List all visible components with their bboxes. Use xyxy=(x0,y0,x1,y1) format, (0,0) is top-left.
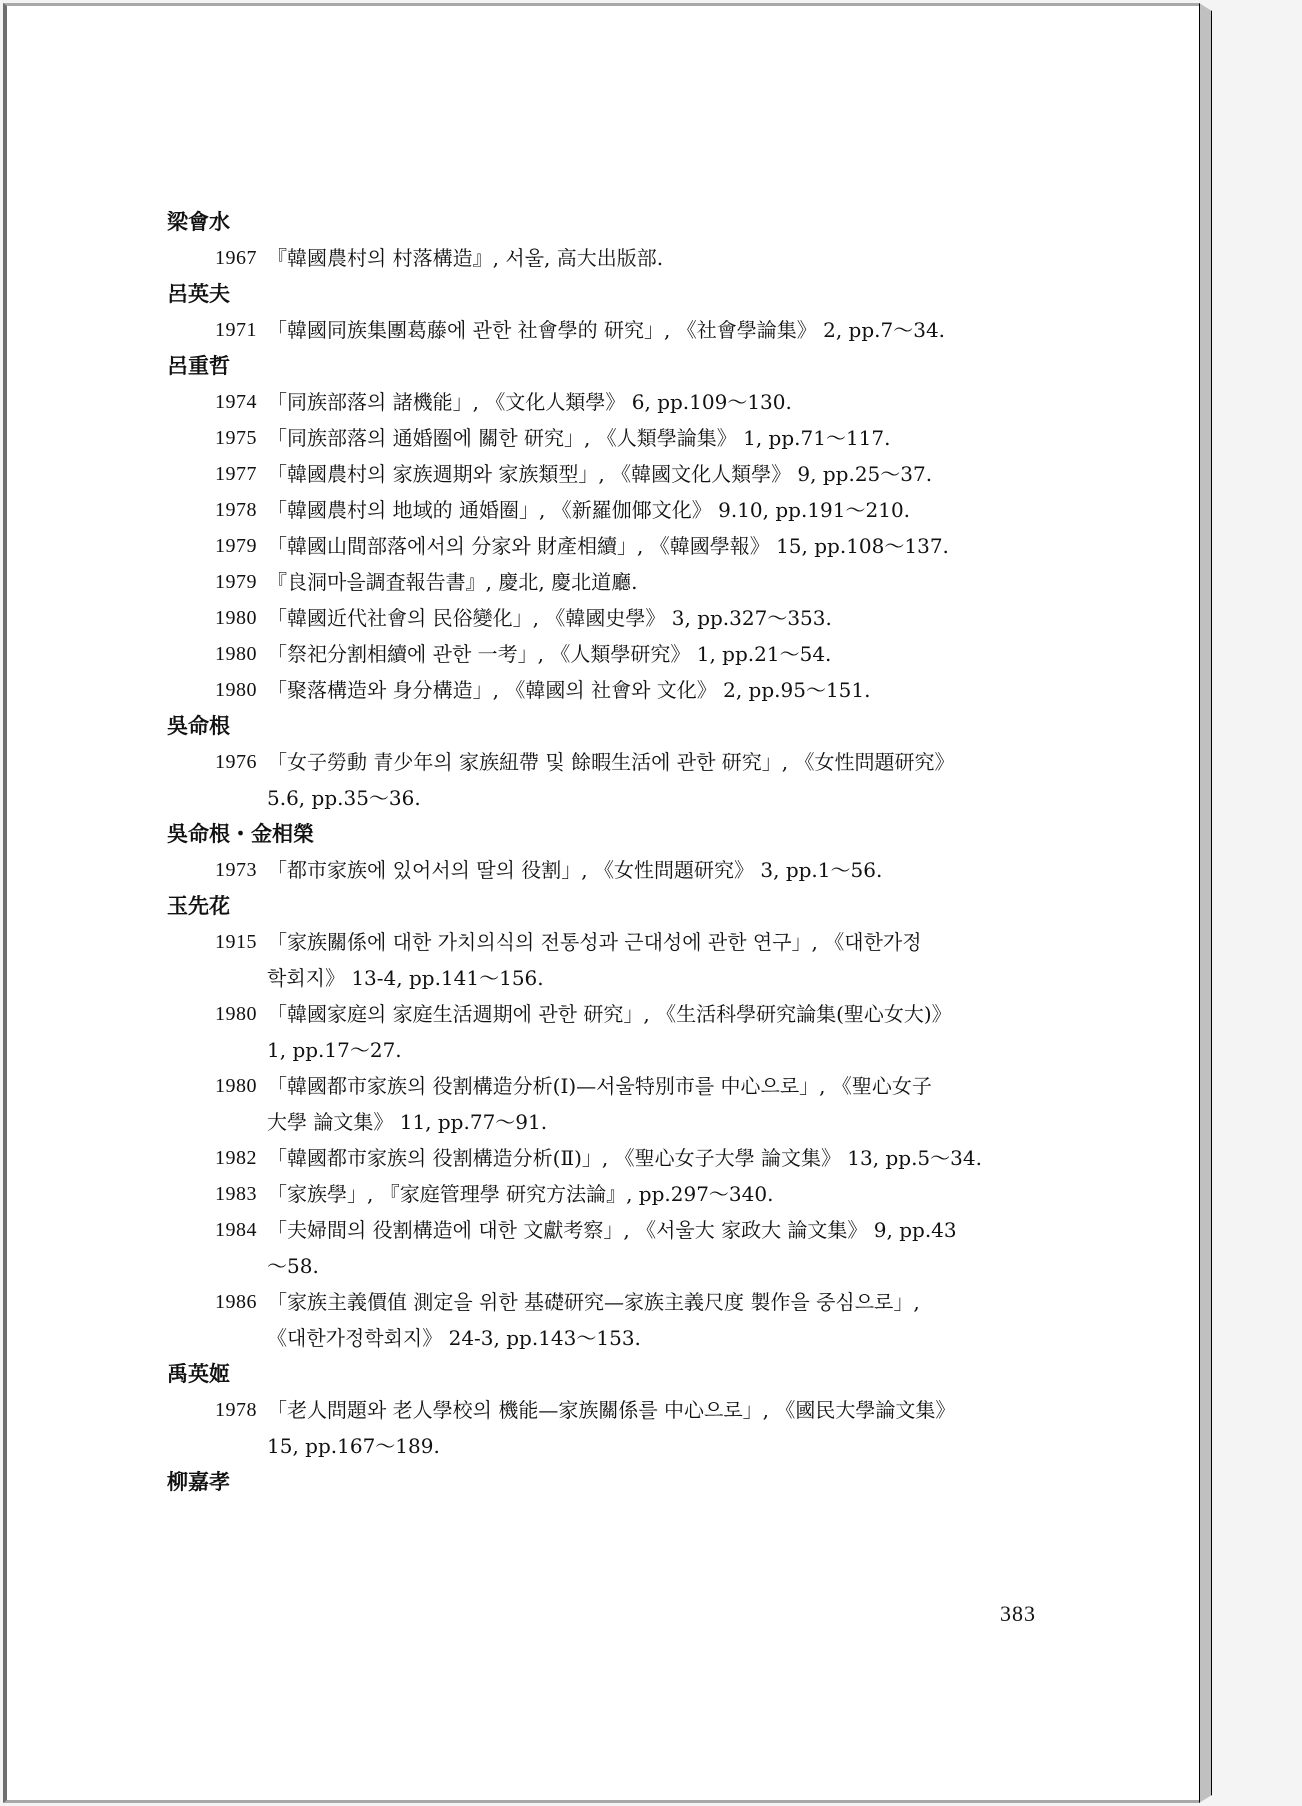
publication-year: 1979 xyxy=(167,528,267,564)
bibliography-entry: 1976「女子勞動 青少年의 家族紐帶 및 餘暇生活에 관한 研究」, 《女性問… xyxy=(167,744,1087,816)
publication-year: 1974 xyxy=(167,384,267,420)
citation-line: 『良洞마을調査報告書』, 慶北, 慶北道廳. xyxy=(267,564,1087,600)
citation-line: 『韓國農村의 村落構造』, 서울, 高大出版部. xyxy=(267,240,1087,276)
publication-year: 1976 xyxy=(167,744,267,780)
publication-year: 1973 xyxy=(167,852,267,888)
document-viewer: 梁會水1967『韓國農村의 村落構造』, 서울, 高大出版部.呂英夫1971「韓… xyxy=(0,0,1302,1806)
citation-text: 「家族學」, 『家庭管理學 研究方法論』, pp.297～340. xyxy=(267,1176,1087,1212)
citation-line: 「韓國山間部落에서의 分家와 財產相續」, 《韓國學報》 15, pp.108～… xyxy=(267,528,1087,564)
bibliography-entry: 1980「韓國近代社會의 民俗變化」, 《韓國史學》 3, pp.327～353… xyxy=(167,600,1087,636)
citation-text: 「家族主義價值 測定을 위한 基礎研究—家族主義尺度 製作을 중심으로」,《대한… xyxy=(267,1284,1087,1356)
citation-text: 「韓國山間部落에서의 分家와 財產相續」, 《韓國學報》 15, pp.108～… xyxy=(267,528,1087,564)
author-heading: 禹英姬 xyxy=(167,1356,1087,1392)
citation-text: 「韓國近代社會의 民俗變化」, 《韓國史學》 3, pp.327～353. xyxy=(267,600,1087,636)
citation-line: 「都市家族에 있어서의 딸의 役割」, 《女性問題研究》 3, pp.1～56. xyxy=(267,852,1087,888)
citation-text: 「韓國都市家族의 役割構造分析(Ⅱ)」, 《聖心女子大學 論文集》 13, pp… xyxy=(267,1140,1087,1176)
citation-line: 《대한가정학회지》 24-3, pp.143～153. xyxy=(267,1320,1087,1356)
publication-year: 1967 xyxy=(167,240,267,276)
publication-year: 1979 xyxy=(167,564,267,600)
citation-line: 1, pp.17～27. xyxy=(267,1032,1087,1068)
bibliography-entry: 1979『良洞마을調査報告書』, 慶北, 慶北道廳. xyxy=(167,564,1087,600)
publication-year: 1980 xyxy=(167,600,267,636)
bibliography-entry: 1974「同族部落의 諸機能」, 《文化人類學》 6, pp.109～130. xyxy=(167,384,1087,420)
author-heading: 梁會水 xyxy=(167,204,1087,240)
publication-year: 1986 xyxy=(167,1284,267,1320)
citation-line: 「老人問題와 老人學校의 機能—家族關係를 中心으로」, 《國民大學論文集》 xyxy=(267,1392,1087,1428)
bibliography-entry: 1980「韓國都市家族의 役割構造分析(Ⅰ)—서울特別市를 中心으로」, 《聖心… xyxy=(167,1068,1087,1140)
author-heading: 玉先花 xyxy=(167,888,1087,924)
bibliography-entry: 1982「韓國都市家族의 役割構造分析(Ⅱ)」, 《聖心女子大學 論文集》 13… xyxy=(167,1140,1087,1176)
author-heading: 呂重哲 xyxy=(167,348,1087,384)
citation-text: 「聚落構造와 身分構造」, 《韓國의 社會와 文化》 2, pp.95～151. xyxy=(267,672,1087,708)
bibliography-entry: 1980「聚落構造와 身分構造」, 《韓國의 社會와 文化》 2, pp.95～… xyxy=(167,672,1087,708)
citation-line: ～58. xyxy=(267,1248,1087,1284)
publication-year: 1980 xyxy=(167,996,267,1032)
publication-year: 1978 xyxy=(167,1392,267,1428)
bibliography-list: 梁會水1967『韓國農村의 村落構造』, 서울, 高大出版部.呂英夫1971「韓… xyxy=(167,204,1087,1500)
citation-text: 「都市家族에 있어서의 딸의 役割」, 《女性問題研究》 3, pp.1～56. xyxy=(267,852,1087,888)
citation-line: 「韓國都市家族의 役割構造分析(Ⅱ)」, 《聖心女子大學 論文集》 13, pp… xyxy=(267,1140,1087,1176)
citation-text: 「同族部落의 諸機能」, 《文化人類學》 6, pp.109～130. xyxy=(267,384,1087,420)
publication-year: 1971 xyxy=(167,312,267,348)
page-edge-shadow xyxy=(1199,3,1212,1803)
citation-text: 「韓國同族集團葛藤에 관한 社會學的 研究」, 《社會學論集》 2, pp.7～… xyxy=(267,312,1087,348)
bibliography-entry: 1973「都市家族에 있어서의 딸의 役割」, 《女性問題研究》 3, pp.1… xyxy=(167,852,1087,888)
bibliography-entry: 1977「韓國農村의 家族週期와 家族類型」, 《韓國文化人類學》 9, pp.… xyxy=(167,456,1087,492)
citation-line: 5.6, pp.35～36. xyxy=(267,780,1087,816)
citation-text: 『韓國農村의 村落構造』, 서울, 高大出版部. xyxy=(267,240,1087,276)
author-heading: 呂英夫 xyxy=(167,276,1087,312)
citation-text: 「韓國家庭의 家庭生活週期에 관한 研究」, 《生活科學研究論集(聖心女大)》1… xyxy=(267,996,1087,1068)
citation-text: 「老人問題와 老人學校의 機能—家族關係를 中心으로」, 《國民大學論文集》15… xyxy=(267,1392,1087,1464)
publication-year: 1975 xyxy=(167,420,267,456)
citation-line: 「韓國農村의 家族週期와 家族類型」, 《韓國文化人類學》 9, pp.25～3… xyxy=(267,456,1087,492)
bibliography-entry: 1980「祭祀分割相續에 관한 一考」, 《人類學研究》 1, pp.21～54… xyxy=(167,636,1087,672)
citation-line: 「同族部落의 通婚圈에 關한 研究」, 《人類學論集》 1, pp.71～117… xyxy=(267,420,1087,456)
citation-line: 大學 論文集》 11, pp.77～91. xyxy=(267,1104,1087,1140)
citation-line: 「家族學」, 『家庭管理學 研究方法論』, pp.297～340. xyxy=(267,1176,1087,1212)
citation-text: 「韓國都市家族의 役割構造分析(Ⅰ)—서울特別市를 中心으로」, 《聖心女子大學… xyxy=(267,1068,1087,1140)
bibliography-entry: 1975「同族部落의 通婚圈에 關한 研究」, 《人類學論集》 1, pp.71… xyxy=(167,420,1087,456)
author-heading: 吳命根・金相榮 xyxy=(167,816,1087,852)
citation-line: 「韓國家庭의 家庭生活週期에 관한 研究」, 《生活科學研究論集(聖心女大)》 xyxy=(267,996,1087,1032)
citation-line: 「同族部落의 諸機能」, 《文化人類學》 6, pp.109～130. xyxy=(267,384,1087,420)
publication-year: 1977 xyxy=(167,456,267,492)
citation-text: 「祭祀分割相續에 관한 一考」, 《人類學研究》 1, pp.21～54. xyxy=(267,636,1087,672)
citation-line: 15, pp.167～189. xyxy=(267,1428,1087,1464)
publication-year: 1980 xyxy=(167,672,267,708)
citation-line: 「祭祀分割相續에 관한 一考」, 《人類學研究》 1, pp.21～54. xyxy=(267,636,1087,672)
citation-text: 「家族關係에 대한 가치의식의 전통성과 근대성에 관한 연구」, 《대한가정학… xyxy=(267,924,1087,996)
bibliography-entry: 1978「老人問題와 老人學校의 機能—家族關係를 中心으로」, 《國民大學論文… xyxy=(167,1392,1087,1464)
bibliography-entry: 1978「韓國農村의 地域的 通婚圈」, 《新羅伽倻文化》 9.10, pp.1… xyxy=(167,492,1087,528)
publication-year: 1978 xyxy=(167,492,267,528)
document-page: 梁會水1967『韓國農村의 村落構造』, 서울, 高大出版部.呂英夫1971「韓… xyxy=(3,3,1199,1803)
bibliography-entry: 1967『韓國農村의 村落構造』, 서울, 高大出版部. xyxy=(167,240,1087,276)
citation-line: 「韓國都市家族의 役割構造分析(Ⅰ)—서울特別市를 中心으로」, 《聖心女子 xyxy=(267,1068,1087,1104)
citation-line: 「聚落構造와 身分構造」, 《韓國의 社會와 文化》 2, pp.95～151. xyxy=(267,672,1087,708)
bibliography-entry: 1980「韓國家庭의 家庭生活週期에 관한 研究」, 《生活科學研究論集(聖心女… xyxy=(167,996,1087,1068)
citation-line: 학회지》 13-4, pp.141～156. xyxy=(267,960,1087,996)
citation-line: 「女子勞動 青少年의 家族紐帶 및 餘暇生活에 관한 研究」, 《女性問題研究》 xyxy=(267,744,1087,780)
citation-text: 「女子勞動 青少年의 家族紐帶 및 餘暇生活에 관한 研究」, 《女性問題研究》… xyxy=(267,744,1087,816)
publication-year: 1983 xyxy=(167,1176,267,1212)
bibliography-entry: 1986「家族主義價值 測定을 위한 基礎研究—家族主義尺度 製作을 중심으로」… xyxy=(167,1284,1087,1356)
page-number: 383 xyxy=(1000,1601,1036,1627)
citation-text: 「韓國農村의 家族週期와 家族類型」, 《韓國文化人類學》 9, pp.25～3… xyxy=(267,456,1087,492)
citation-text: 『良洞마을調査報告書』, 慶北, 慶北道廳. xyxy=(267,564,1087,600)
citation-line: 「韓國農村의 地域的 通婚圈」, 《新羅伽倻文化》 9.10, pp.191～2… xyxy=(267,492,1087,528)
author-heading: 吳命根 xyxy=(167,708,1087,744)
publication-year: 1982 xyxy=(167,1140,267,1176)
citation-line: 「家族關係에 대한 가치의식의 전통성과 근대성에 관한 연구」, 《대한가정 xyxy=(267,924,1087,960)
bibliography-entry: 1979「韓國山間部落에서의 分家와 財產相續」, 《韓國學報》 15, pp.… xyxy=(167,528,1087,564)
bibliography-entry: 1971「韓國同族集團葛藤에 관한 社會學的 研究」, 《社會學論集》 2, p… xyxy=(167,312,1087,348)
citation-text: 「韓國農村의 地域的 通婚圈」, 《新羅伽倻文化》 9.10, pp.191～2… xyxy=(267,492,1087,528)
publication-year: 1980 xyxy=(167,636,267,672)
citation-line: 「韓國近代社會의 民俗變化」, 《韓國史學》 3, pp.327～353. xyxy=(267,600,1087,636)
publication-year: 1915 xyxy=(167,924,267,960)
bibliography-entry: 1983「家族學」, 『家庭管理學 研究方法論』, pp.297～340. xyxy=(167,1176,1087,1212)
citation-text: 「夫婦間의 役割構造에 대한 文獻考察」, 《서울大 家政大 論文集》 9, p… xyxy=(267,1212,1087,1284)
citation-line: 「家族主義價值 測定을 위한 基礎研究—家族主義尺度 製作을 중심으로」, xyxy=(267,1284,1087,1320)
bibliography-entry: 1915「家族關係에 대한 가치의식의 전통성과 근대성에 관한 연구」, 《대… xyxy=(167,924,1087,996)
publication-year: 1980 xyxy=(167,1068,267,1104)
citation-text: 「同族部落의 通婚圈에 關한 研究」, 《人類學論集》 1, pp.71～117… xyxy=(267,420,1087,456)
publication-year: 1984 xyxy=(167,1212,267,1248)
citation-line: 「夫婦間의 役割構造에 대한 文獻考察」, 《서울大 家政大 論文集》 9, p… xyxy=(267,1212,1087,1248)
author-heading: 柳嘉孝 xyxy=(167,1464,1087,1500)
bibliography-entry: 1984「夫婦間의 役割構造에 대한 文獻考察」, 《서울大 家政大 論文集》 … xyxy=(167,1212,1087,1284)
citation-line: 「韓國同族集團葛藤에 관한 社會學的 研究」, 《社會學論集》 2, pp.7～… xyxy=(267,312,1087,348)
